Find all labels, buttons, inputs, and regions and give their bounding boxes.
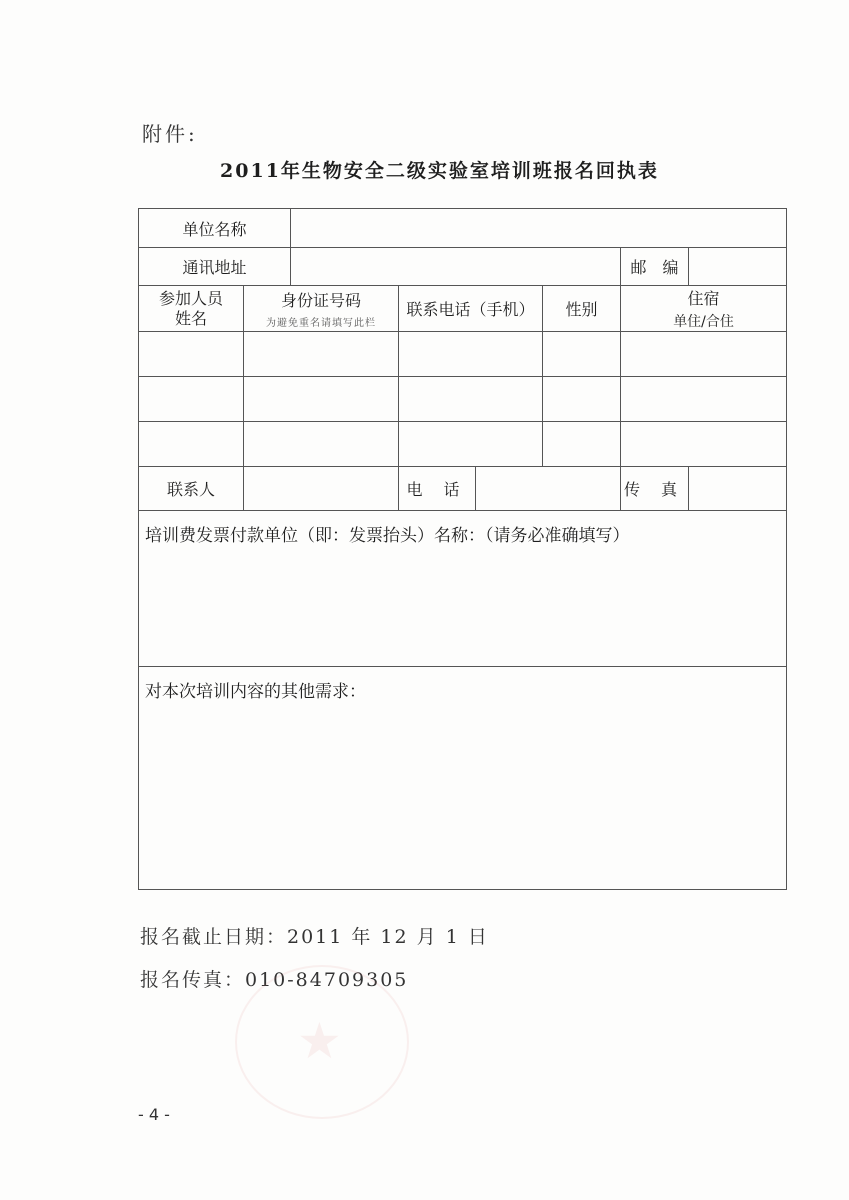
participant-id-field[interactable]: [244, 332, 399, 377]
tel-field[interactable]: [476, 467, 621, 511]
participant-row: [139, 332, 787, 377]
star-icon: ★: [297, 1012, 342, 1070]
participant-lodging-field[interactable]: [621, 422, 787, 467]
other-needs-label: 对本次培训内容的其他需求：: [145, 682, 366, 702]
participant-name-field[interactable]: [139, 377, 244, 422]
participant-row: [139, 422, 787, 467]
contact-field[interactable]: [244, 467, 399, 511]
page-number: - 4 -: [138, 1105, 170, 1124]
col-header-name: 参加人员姓名: [139, 286, 244, 332]
participant-gender-field[interactable]: [543, 332, 621, 377]
participant-phone-field[interactable]: [399, 332, 543, 377]
other-needs-field[interactable]: 对本次培训内容的其他需求：: [139, 667, 787, 890]
col-header-lodging: 住宿 单住/合住: [621, 286, 787, 332]
contact-label: 联系人: [139, 467, 244, 511]
other-needs-row: 对本次培训内容的其他需求：: [139, 667, 787, 890]
participant-phone-field[interactable]: [399, 377, 543, 422]
participant-name-field[interactable]: [139, 422, 244, 467]
deadline-text: 报名截止日期：2011 年 12 月 1 日: [140, 922, 489, 949]
participants-header-row: 参加人员姓名 身份证号码 为避免重名请填写此栏 联系电话（手机） 性别 住宿 单…: [139, 286, 787, 332]
participant-name-field[interactable]: [139, 332, 244, 377]
invoice-row: 培训费发票付款单位（即：发票抬头）名称：（请务必准确填写）: [139, 511, 787, 667]
participant-id-field[interactable]: [244, 377, 399, 422]
faint-seal-stamp: ★: [235, 965, 409, 1119]
invoice-field[interactable]: 培训费发票付款单位（即：发票抬头）名称：（请务必准确填写）: [139, 511, 787, 667]
unit-name-row: 单位名称: [139, 209, 787, 248]
attachment-label: 附件:: [142, 118, 198, 147]
fax-label: 传 真: [621, 467, 689, 511]
participant-id-field[interactable]: [244, 422, 399, 467]
tel-label: 电 话: [399, 467, 476, 511]
unit-name-label: 单位名称: [139, 209, 291, 248]
invoice-label: 培训费发票付款单位（即：发票抬头）名称：（请务必准确填写）: [145, 526, 630, 546]
address-field[interactable]: [291, 248, 621, 286]
document-title: 2011年生物安全二级实验室培训班报名回执表: [0, 156, 849, 183]
participant-row: [139, 377, 787, 422]
address-row: 通讯地址 邮 编: [139, 248, 787, 286]
unit-name-field[interactable]: [291, 209, 787, 248]
participant-gender-field[interactable]: [543, 422, 621, 467]
id-number-note: 为避免重名请填写此栏: [244, 314, 398, 329]
col-header-id-number: 身份证号码 为避免重名请填写此栏: [244, 286, 399, 332]
contact-row: 联系人 电 话 传 真: [139, 467, 787, 511]
participant-phone-field[interactable]: [399, 422, 543, 467]
address-label: 通讯地址: [139, 248, 291, 286]
col-header-phone: 联系电话（手机）: [399, 286, 543, 332]
lodging-note: 单住/合住: [621, 311, 786, 331]
participant-lodging-field[interactable]: [621, 332, 787, 377]
fax-field[interactable]: [689, 467, 787, 511]
participant-lodging-field[interactable]: [621, 377, 787, 422]
postcode-field[interactable]: [689, 248, 787, 286]
postcode-label: 邮 编: [621, 248, 689, 286]
participant-gender-field[interactable]: [543, 377, 621, 422]
col-header-gender: 性别: [543, 286, 621, 332]
registration-form-table: 单位名称 通讯地址 邮 编 参加人员姓名 身份证号码 为避免重名请填写此栏 联系…: [138, 208, 787, 890]
